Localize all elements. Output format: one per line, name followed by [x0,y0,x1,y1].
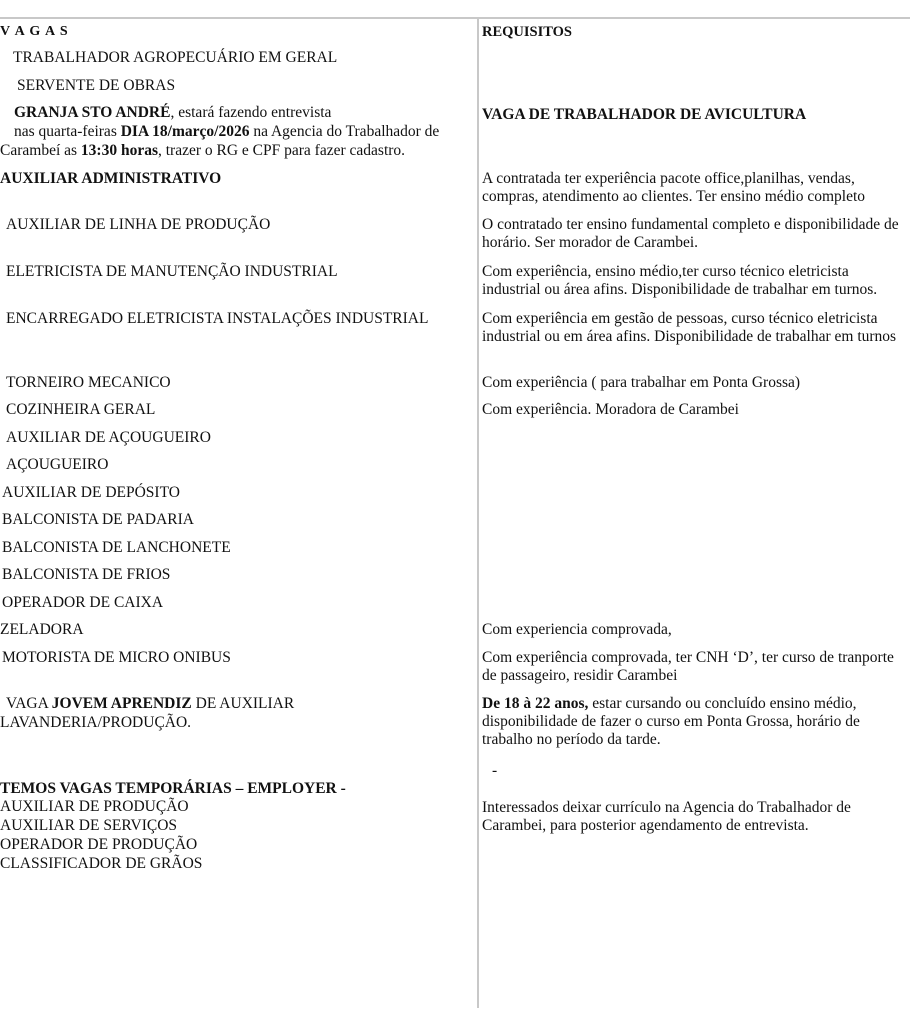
granja-announcement-line3: Carambeí as 13:30 horas, trazer o RG e C… [0,142,405,160]
requisitos-header: REQUISITOS [482,23,907,41]
job-auxiliar-linha-producao: AUXILIAR DE LINHA DE PRODUÇÃO [6,216,270,234]
temp-job: OPERADOR DE PRODUÇÃO [0,836,197,854]
granja-text: nas quarta-feiras [14,123,121,140]
req-dash: - [492,762,497,780]
req-jovem-age: De 18 à 22 anos, [482,695,588,712]
job-cozinheira-geral: COZINHEIRA GERAL [6,401,155,419]
vagas-header: V A G A S [0,23,69,41]
granja-text: , trazer o RG e CPF para fazer cadastro. [158,142,405,159]
granja-announcement-line1: GRANJA STO ANDRÉ, estará fazendo entrevi… [14,104,331,122]
granja-text: na Agencia do Trabalhador de [249,123,439,140]
temp-job: AUXILIAR DE PRODUÇÃO [0,798,189,816]
job-trabalhador-agropecuario: TRABALHADOR AGROPECUÁRIO EM GERAL [13,49,337,67]
job-auxiliar-administrativo: AUXILIAR ADMINISTRATIVO [0,170,221,188]
req-auxiliar-administrativo: A contratada ter experiência pacote offi… [482,170,907,206]
top-rule [0,17,910,19]
jovem-aprendiz-label: JOVEM APRENDIZ [52,695,192,712]
granja-time: 13:30 horas [81,142,158,159]
req-auxiliar-linha-producao: O contratado ter ensino fundamental comp… [482,216,907,252]
req-eletricista-manutencao: Com experiência, ensino médio,ter curso … [482,263,907,299]
jovem-text: VAGA [6,695,52,712]
req-torneiro-mecanico: Com experiência ( para trabalhar em Pont… [482,374,907,392]
job-jovem-aprendiz-line1: VAGA JOVEM APRENDIZ DE AUXILIAR [6,695,294,713]
req-motorista: Com experiência comprovada, ter CNH ‘D’,… [482,649,907,685]
job-eletricista-manutencao: ELETRICISTA DE MANUTENÇÃO INDUSTRIAL [6,263,338,281]
job-acougueiro: AÇOUGUEIRO [6,456,108,474]
job-balconista-padaria: BALCONISTA DE PADARIA [2,511,194,529]
req-encarregado-eletricista: Com experiência em gestão de pessoas, cu… [482,310,907,346]
granja-announcement-line2: nas quarta-feiras DIA 18/março/2026 na A… [14,123,439,141]
req-cozinheira-geral: Com experiência. Moradora de Carambei [482,401,907,419]
granja-date: DIA 18/março/2026 [121,123,250,140]
req-zeladora: Com experiencia comprovada, [482,621,907,639]
job-auxiliar-acougueiro: AUXILIAR DE AÇOUGUEIRO [6,429,211,447]
job-zeladora: ZELADORA [0,621,84,639]
req-avicultura: VAGA DE TRABALHADOR DE AVICULTURA [482,106,907,124]
column-divider [477,18,479,1008]
job-servente-de-obras: SERVENTE DE OBRAS [17,77,175,95]
job-balconista-lanchonete: BALCONISTA DE LANCHONETE [2,539,231,557]
granja-name: GRANJA STO ANDRÉ [14,104,170,121]
temp-job: AUXILIAR DE SERVIÇOS [0,817,177,835]
req-interessados: Interessados deixar currículo na Agencia… [482,799,907,835]
job-balconista-frios: BALCONISTA DE FRIOS [2,566,170,584]
job-auxiliar-deposito: AUXILIAR DE DEPÓSITO [2,484,180,502]
job-operador-caixa: OPERADOR DE CAIXA [2,594,163,612]
granja-text: Carambeí as [0,142,81,159]
job-motorista-micro-onibus: MOTORISTA DE MICRO ONIBUS [2,649,231,667]
temp-job: CLASSIFICADOR DE GRÃOS [0,855,202,873]
req-jovem-aprendiz: De 18 à 22 anos, estar cursando ou concl… [482,695,907,749]
job-torneiro-mecanico: TORNEIRO MECANICO [6,374,171,392]
granja-text: , estará fazendo entrevista [170,104,331,121]
jovem-text: DE AUXILIAR [192,695,294,712]
job-encarregado-eletricista: ENCARREGADO ELETRICISTA INSTALAÇÕES INDU… [6,310,428,328]
job-jovem-aprendiz-line2: LAVANDERIA/PRODUÇÃO. [0,714,191,732]
temporarias-title: TEMOS VAGAS TEMPORÁRIAS – EMPLOYER - [0,780,346,798]
